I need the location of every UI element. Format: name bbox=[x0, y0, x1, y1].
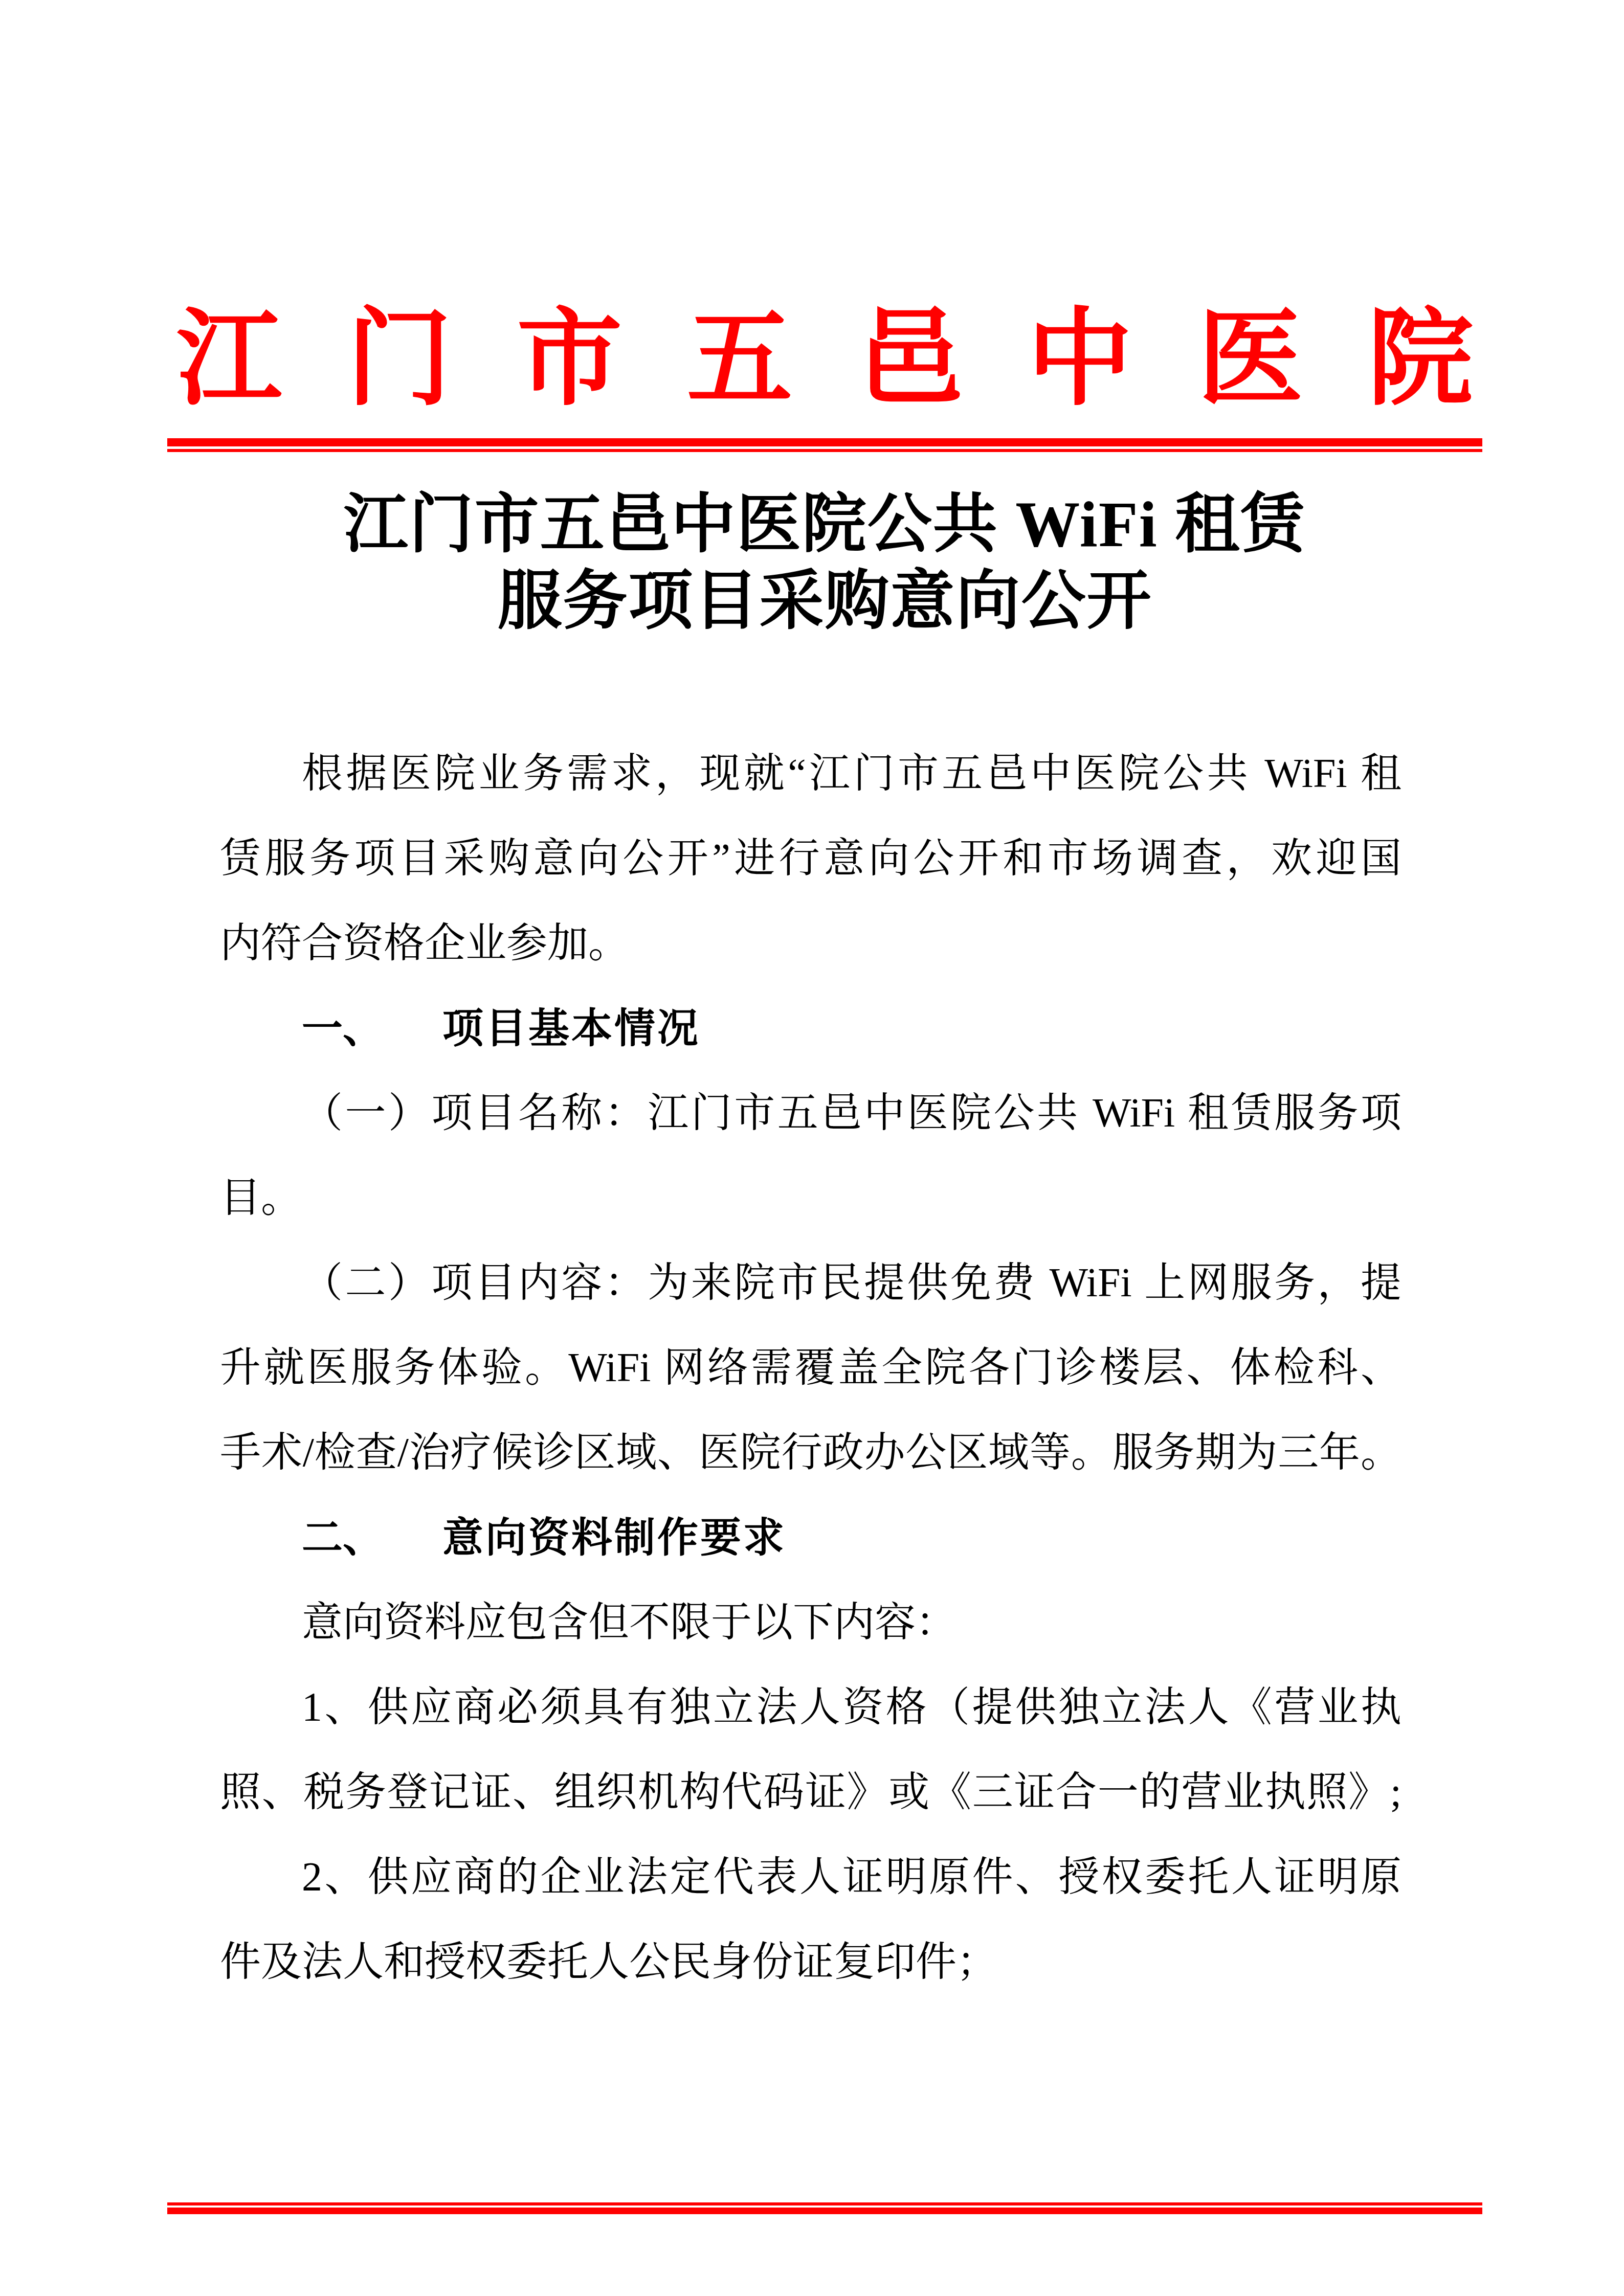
document-page: 江门市五邑中医院 江门市五邑中医院公共 WiFi 租赁 服务项目采购意向公开 根… bbox=[0, 0, 1624, 2296]
requirement-2-line-2: 件及法人和授权委托人公民身份证复印件； bbox=[220, 1920, 1401, 2005]
requirement-1-line-2: 照、税务登记证、组织机构代码证》或《三证合一的营业执照》; bbox=[220, 1750, 1401, 1835]
document-title-line-2: 服务项目采购意向公开 bbox=[167, 564, 1482, 640]
section-2-number: 二、 bbox=[302, 1516, 384, 1561]
hospital-name-char: 门 bbox=[347, 307, 452, 412]
document-title-line-1: 江门市五邑中医院公共 WiFi 租赁 bbox=[167, 487, 1482, 564]
hospital-name-char: 市 bbox=[517, 307, 622, 412]
footer-divider-thick-line bbox=[167, 2208, 1482, 2214]
hospital-name-char: 院 bbox=[1368, 307, 1473, 412]
requirement-2-line-1: 2、供应商的企业法定代表人证明原件、授权委托人证明原 bbox=[220, 1835, 1401, 1920]
project-content-line-3: 手术/检查/治疗候诊区域、医院行政办公区域等。服务期为三年。 bbox=[220, 1410, 1401, 1495]
letterhead-divider-thick-line bbox=[167, 438, 1482, 446]
section-1-heading: 一、项目基本情况 bbox=[220, 986, 1401, 1071]
project-content-line-1: （二）项目内容：为来院市民提供免费 WiFi 上网服务，提 bbox=[220, 1241, 1401, 1325]
section-2-title: 意向资料制作要求 bbox=[442, 1515, 786, 1560]
letterhead-divider bbox=[167, 438, 1482, 452]
project-content-line-2: 升就医服务体验。WiFi 网络需覆盖全院各门诊楼层、体检科、 bbox=[220, 1325, 1401, 1410]
hospital-name-char: 中 bbox=[1028, 307, 1133, 412]
section-1-number: 一、 bbox=[302, 1006, 384, 1051]
letterhead-divider-thin-line bbox=[167, 449, 1482, 452]
document-body: 根据医院业务需求，现就“江门市五邑中医院公共 WiFi 租 赁服务项目采购意向公… bbox=[220, 731, 1401, 2005]
footer-divider bbox=[167, 2202, 1482, 2214]
hospital-name-char: 江 bbox=[176, 307, 282, 412]
intro-line-1: 根据医院业务需求，现就“江门市五邑中医院公共 WiFi 租 bbox=[220, 731, 1401, 816]
project-name-line-1: （一）项目名称：江门市五邑中医院公共 WiFi 租赁服务项 bbox=[220, 1071, 1401, 1156]
requirements-intro-line: 意向资料应包含但不限于以下内容： bbox=[220, 1580, 1401, 1665]
intro-line-2: 赁服务项目采购意向公开”进行意向公开和市场调查，欢迎国 bbox=[220, 816, 1401, 901]
requirement-1-line-1: 1、供应商必须具有独立法人资格（提供独立法人《营业执 bbox=[220, 1665, 1401, 1750]
section-1-title: 项目基本情况 bbox=[442, 1005, 700, 1051]
hospital-name-char: 邑 bbox=[857, 307, 963, 412]
hospital-name-char: 医 bbox=[1197, 307, 1303, 412]
hospital-name: 江门市五邑中医院 bbox=[167, 307, 1482, 415]
hospital-name-char: 五 bbox=[687, 307, 792, 412]
document-title: 江门市五邑中医院公共 WiFi 租赁 服务项目采购意向公开 bbox=[167, 487, 1482, 640]
section-2-heading: 二、意向资料制作要求 bbox=[220, 1495, 1401, 1580]
project-name-line-2: 目。 bbox=[220, 1156, 1401, 1241]
intro-line-3: 内符合资格企业参加。 bbox=[220, 901, 1401, 986]
